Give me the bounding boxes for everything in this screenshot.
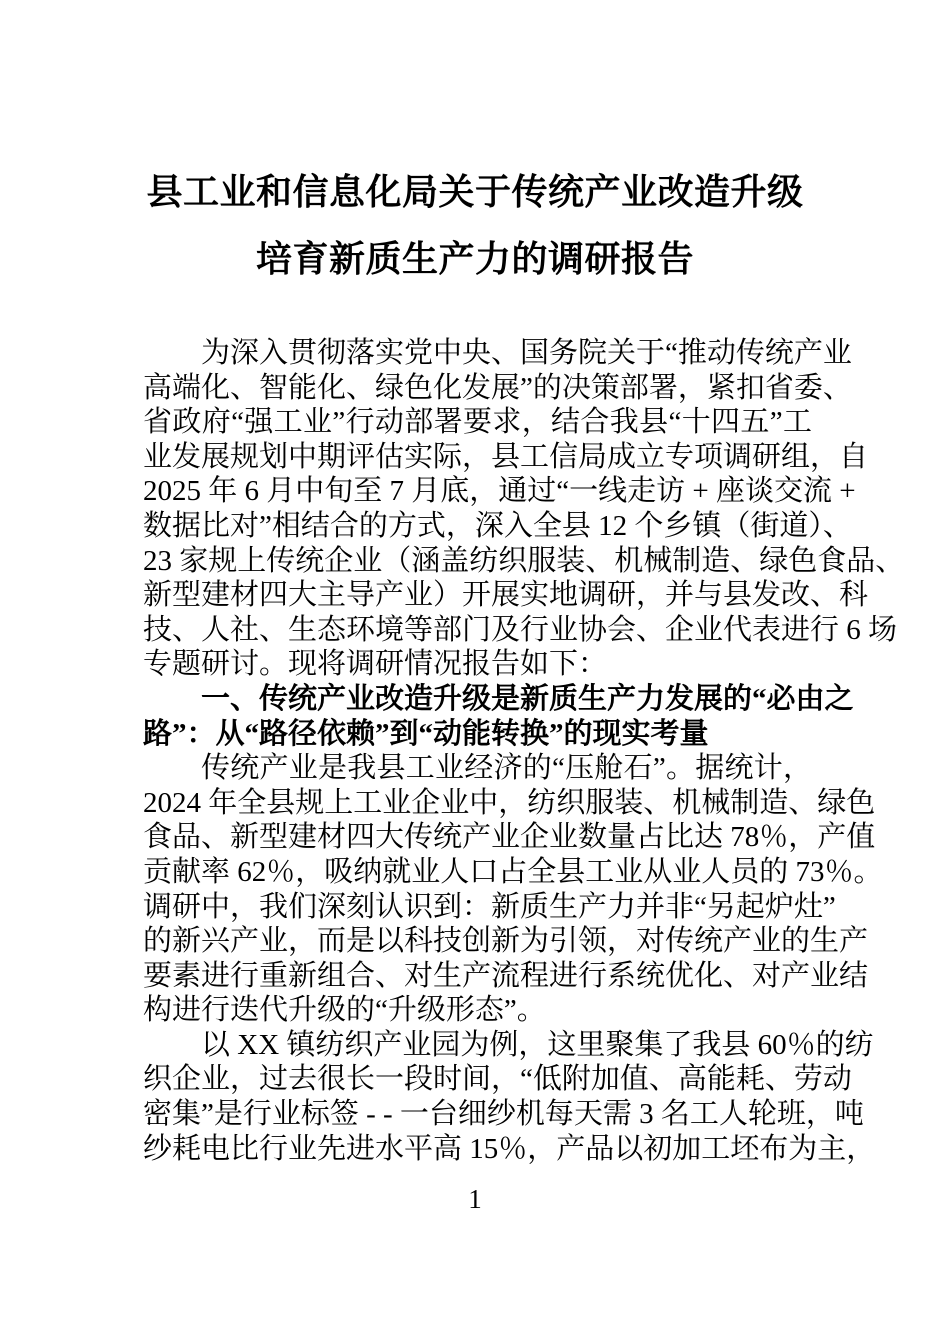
text-line: 新型建材四大主导产业）开展实地调研，并与县发改、科: [143, 578, 812, 613]
paragraph: 传统产业是我县工业经济的“压舱石”。据统计，2024 年全县规上工业企业中，纺织…: [143, 751, 812, 1028]
text-line: 贡献率 62％，吸纳就业人口占全县工业从业人员的 73％。: [143, 855, 812, 890]
text-line: 要素进行重新组合、对生产流程进行系统优化、对产业结: [143, 959, 812, 994]
text-line: 构进行迭代升级的“升级形态”。: [143, 993, 812, 1028]
text-line: 专题研讨。现将调研情况报告如下：: [143, 647, 812, 682]
text-line: 路”：从“路径依赖”到“动能转换”的现实考量: [143, 717, 812, 752]
text-line: 为深入贯彻落实党中央、国务院关于“推动传统产业: [143, 336, 812, 371]
text-line: 一、传统产业改造升级是新质生产力发展的“必由之: [143, 682, 812, 717]
text-line: 纱耗电比行业先进水平高 15％，产品以初加工坯布为主，: [143, 1132, 812, 1167]
text-line: 调研中，我们深刻认识到：新质生产力并非“另起炉灶”: [143, 890, 812, 925]
doc-title-line-1: 县工业和信息化局关于传统产业改造升级: [0, 170, 950, 214]
text-line: 的新兴产业，而是以科技创新为引领，对传统产业的生产: [143, 924, 812, 959]
document-page: 县工业和信息化局关于传统产业改造升级 培育新质生产力的调研报告 为深入贯彻落实党…: [0, 0, 950, 1344]
document-body: 为深入贯彻落实党中央、国务院关于“推动传统产业高端化、智能化、绿色化发展”的决策…: [143, 336, 812, 1166]
text-line: 技、人社、生态环境等部门及行业协会、企业代表进行 6 场: [143, 613, 812, 648]
text-line: 省政府“强工业”行动部署要求，结合我县“十四五”工: [143, 405, 812, 440]
text-line: 2024 年全县规上工业企业中，纺织服装、机械制造、绿色: [143, 786, 812, 821]
paragraph: 以 XX 镇纺织产业园为例，这里聚集了我县 60％的纺织企业，过去很长一段时间，…: [143, 1028, 812, 1166]
text-line: 织企业，过去很长一段时间，“低附加值、高能耗、劳动: [143, 1062, 812, 1097]
text-line: 密集”是行业标签 - - 一台细纱机每天需 3 名工人轮班，吨: [143, 1097, 812, 1132]
page-number: 1: [0, 1183, 950, 1215]
section-heading: 一、传统产业改造升级是新质生产力发展的“必由之路”：从“路径依赖”到“动能转换”…: [143, 682, 812, 751]
text-line: 23 家规上传统企业（涵盖纺织服装、机械制造、绿色食品、: [143, 544, 812, 579]
text-line: 数据比对”相结合的方式，深入全县 12 个乡镇（街道）、: [143, 509, 812, 544]
text-line: 高端化、智能化、绿色化发展”的决策部署，紧扣省委、: [143, 371, 812, 406]
text-line: 业发展规划中期评估实际，县工信局成立专项调研组，自: [143, 440, 812, 475]
doc-title-line-2: 培育新质生产力的调研报告: [0, 237, 950, 281]
text-line: 食品、新型建材四大传统产业企业数量占比达 78％，产值: [143, 820, 812, 855]
text-line: 传统产业是我县工业经济的“压舱石”。据统计，: [143, 751, 812, 786]
text-line: 以 XX 镇纺织产业园为例，这里聚集了我县 60％的纺: [143, 1028, 812, 1063]
text-line: 2025 年 6 月中旬至 7 月底，通过“一线走访 + 座谈交流 +: [143, 474, 812, 509]
paragraph: 为深入贯彻落实党中央、国务院关于“推动传统产业高端化、智能化、绿色化发展”的决策…: [143, 336, 812, 682]
